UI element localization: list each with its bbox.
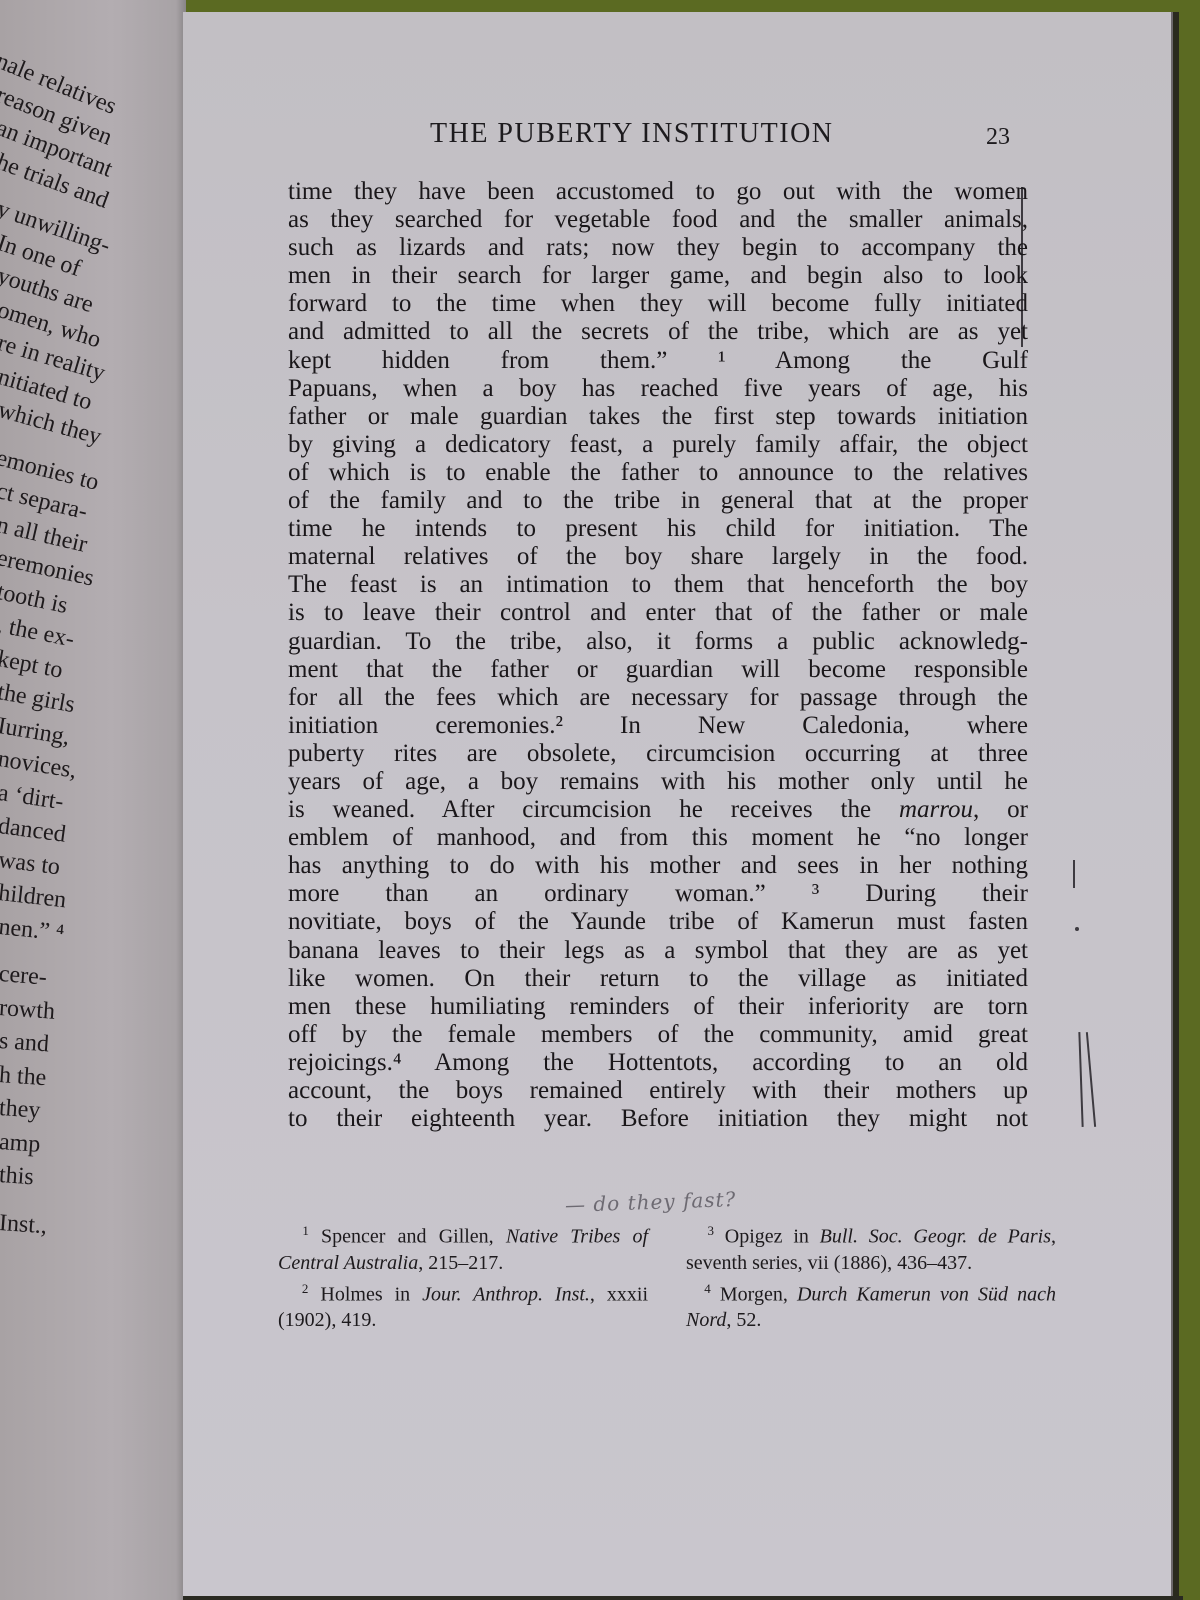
body-line: rejoicings.⁴ Among the Hottentots, accor… [288,1049,1028,1077]
body-line: of the family and to the tribe in genera… [288,487,1028,515]
left-page-line: nen.” ⁴ [0,914,65,947]
left-page-line: danced [0,813,67,849]
left-page-line: rowth [0,995,56,1026]
page-header: THE PUBERTY INSTITUTION 23 [430,118,1070,158]
footnote-1: 1 Spencer and Gillen, Native Tribes of C… [278,1218,648,1276]
left-page-line: they [0,1095,41,1125]
body-line: guardian. To the tribe, also, it forms a… [288,628,1028,656]
body-line: has anything to do with his mother and s… [288,852,1028,880]
body-line: Papuans, when a boy has reached five yea… [288,375,1028,403]
left-page-line: a ‘dirt- [0,780,65,816]
left-page-line: amp [0,1129,41,1159]
left-page-line: the girls [0,679,77,719]
footnote-3: 3 Opigez in Bull. Soc. Geogr. de Paris, … [686,1218,1056,1276]
body-line: off by the female members of the communi… [288,1021,1028,1049]
pencil-margin-double-line-2 [1086,1032,1096,1127]
body-line: as they searched for vegetable food and … [288,206,1028,234]
body-line: kept hidden from them.” ¹ Among the Gulf [288,347,1028,375]
left-page-line: Inst., [0,1210,48,1240]
footnotes-left-column: 1 Spencer and Gillen, Native Tribes of C… [278,1218,648,1333]
pencil-margin-tick [1073,860,1075,888]
body-line: maternal relatives of the boy share larg… [288,543,1028,571]
left-page-line: s and [0,1028,50,1058]
body-line: emblem of manhood, and from this moment … [288,824,1028,852]
body-line: ment that the father or guardian will be… [288,656,1028,684]
body-line: The feast is an intimation to them that … [288,571,1028,599]
body-line: by giving a dedicatory feast, a purely f… [288,431,1028,459]
body-line: men these humiliating reminders of their… [288,993,1028,1021]
body-line: novitiate, boys of the Yaunde tribe of K… [288,908,1028,936]
facing-left-page: nale relativesreason givenan importanthe… [0,0,186,1600]
body-line: time they have been accustomed to go out… [288,178,1028,206]
body-line: is to leave their control and enter that… [288,599,1028,627]
footnotes-right-column: 3 Opigez in Bull. Soc. Geogr. de Paris, … [686,1218,1056,1333]
body-line: of which is to enable the father to anno… [288,459,1028,487]
pencil-margin-dot [1075,927,1079,931]
body-line: to their eighteenth year. Before initiat… [288,1105,1028,1133]
body-line: forward to the time when they will becom… [288,290,1028,318]
body-line: men in their search for larger game, and… [288,262,1028,290]
body-line: puberty rites are obsolete, circumcision… [288,740,1028,768]
footnote-2: 2 Holmes in Jour. Anthrop. Inst., xxxii … [278,1276,648,1334]
left-page-line: h the [0,1062,47,1092]
left-page-line: novices, [0,746,78,785]
left-page-line: was to [0,847,62,881]
body-text: time they have been accustomed to go out… [288,178,1028,1133]
body-line: more than an ordinary woman.” ³ During t… [288,880,1028,908]
footnote-4: 4 Morgen, Durch Kamerun von Süd nach Nor… [686,1276,1056,1334]
body-line: and admitted to all the secrets of the t… [288,318,1028,346]
left-page-line: this [0,1162,35,1191]
body-line: banana leaves to their legs as a symbol … [288,937,1028,965]
book-bottom-edge [183,1596,1183,1600]
body-line: like women. On their return to the villa… [288,965,1028,993]
left-page-line: cere- [0,961,48,992]
body-line: for all the fees which are necessary for… [288,684,1028,712]
body-line: father or male guardian takes the first … [288,403,1028,431]
left-page-line: kept to [0,646,65,685]
body-line: time he intends to present his child for… [288,515,1028,543]
left-page-line: Iurring, [0,713,72,752]
body-line: initiation ceremonies.² In New Caledonia… [288,712,1028,740]
body-line: years of age, a boy remains with his mot… [288,768,1028,796]
running-title: THE PUBERTY INSTITUTION [430,118,834,150]
page-number: 23 [986,124,1010,151]
body-line: account, the boys remained entirely with… [288,1077,1028,1105]
pencil-margin-double-line-1 [1078,1032,1083,1127]
body-line: such as lizards and rats; now they begin… [288,234,1028,262]
body-line: is weaned. After circumcision he receive… [288,796,1028,824]
left-page-line: hildren [0,880,68,914]
